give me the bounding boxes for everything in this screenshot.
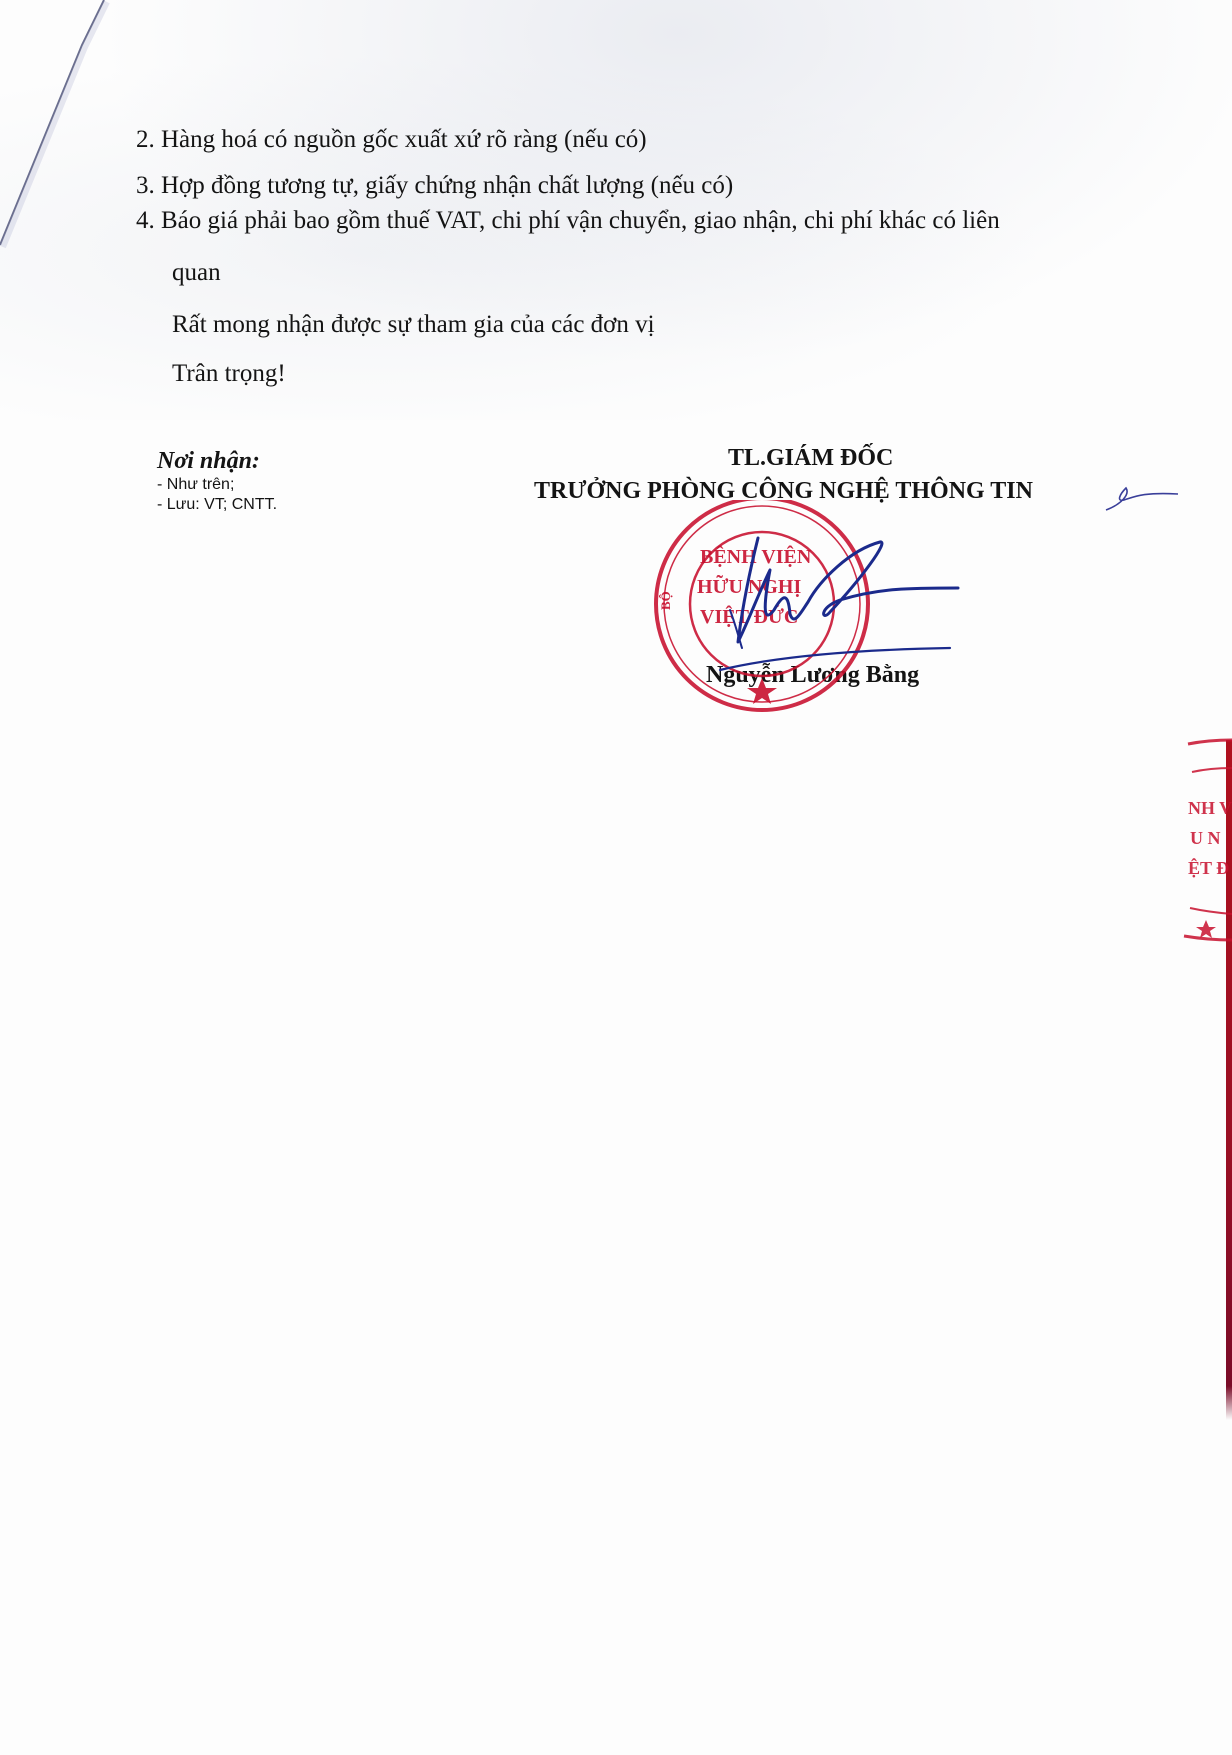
list-item-4-continuation: quan <box>172 259 221 287</box>
recipients-title: Nơi nhận: <box>157 448 277 475</box>
closing-line: Rất mong nhận được sự tham gia của các đ… <box>172 311 655 339</box>
regards-text: Trân trọng! <box>172 360 286 388</box>
list-item-3: 3. Hợp đồng tương tự, giấy chứng nhận ch… <box>136 172 733 200</box>
stamp-partial-line: ỆT Đ <box>1188 857 1229 878</box>
partial-stamp-edge-icon: NH V U N ỆT Đ <box>1178 730 1232 950</box>
recipient-item: - Như trên; <box>157 475 277 495</box>
initial-mark-icon <box>1102 482 1182 512</box>
handwritten-signature-icon <box>690 530 970 680</box>
stamp-side-text: BỘ <box>658 591 673 610</box>
list-item-2: 2. Hàng hoá có nguồn gốc xuất xứ rõ ràng… <box>136 126 647 154</box>
list-item-4: 4. Báo giá phải bao gồm thuế VAT, chi ph… <box>136 207 1000 235</box>
stamp-partial-line: U N <box>1190 828 1221 848</box>
signature-title-1: TL.GIÁM ĐỐC <box>728 445 893 472</box>
recipient-item: - Lưu: VT; CNTT. <box>157 495 277 515</box>
recipients-block: Nơi nhận: - Như trên; - Lưu: VT; CNTT. <box>157 448 277 515</box>
stamp-partial-line: NH V <box>1188 798 1232 818</box>
page-edge-line <box>0 0 120 260</box>
